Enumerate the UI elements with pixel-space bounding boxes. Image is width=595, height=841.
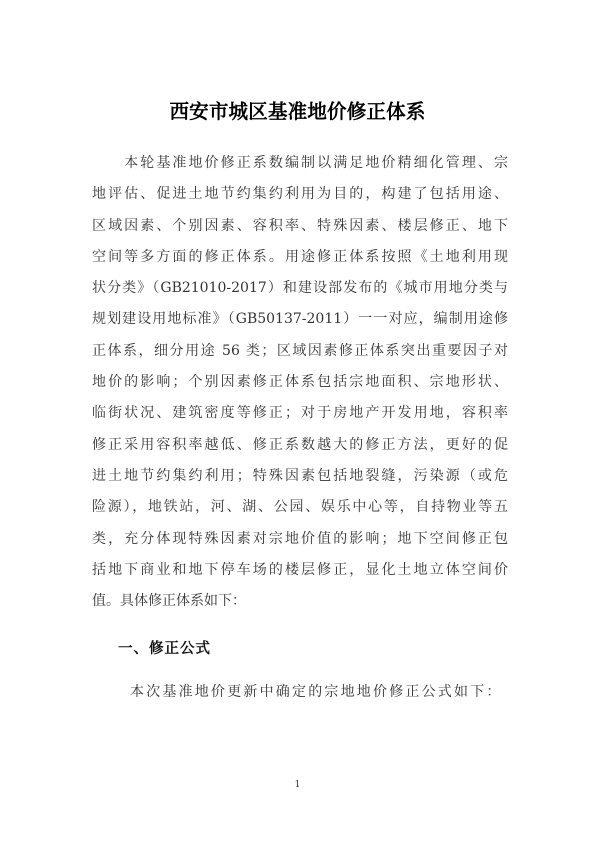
paragraph-line: 本轮基准地价修正系数编制以满足地价精细化管理、宗 <box>92 148 508 179</box>
page-number: 1 <box>0 780 595 790</box>
paragraph-line: 正体系，细分用途 56 类；区域因素修正体系突出重要因子对 <box>92 336 508 367</box>
paragraph-line: 值。具体修正体系如下： <box>92 586 508 617</box>
formula-intro-text: 本次基准地价更新中确定的宗地地价修正公式如下： <box>130 681 503 701</box>
paragraph-line: 进土地节约集约利用；特殊因素包括地裂缝，污染源（或危 <box>92 461 508 492</box>
intro-paragraph: 本轮基准地价修正系数编制以满足地价精细化管理、宗 地评估、促进土地节约集约利用为… <box>92 148 508 617</box>
document-title: 西安市城区基准地价修正体系 <box>0 96 595 124</box>
paragraph-line: 规划建设用地标准》（GB50137-2011）一一对应，编制用途修 <box>92 304 508 335</box>
paragraph-line: 修正采用容积率越低、修正系数越大的修正方法，更好的促 <box>92 430 508 461</box>
section-heading: 一、修正公式 <box>118 637 211 658</box>
paragraph-line: 空间等多方面的修正体系。用途修正体系按照《土地利用现 <box>92 242 508 273</box>
paragraph-line: 区域因素、个别因素、容积率、特殊因素、楼层修正、地下 <box>92 211 508 242</box>
paragraph-line: 地评估、促进土地节约集约利用为目的，构建了包括用途、 <box>92 179 508 210</box>
paragraph-line: 括地下商业和地下停车场的楼层修正，显化土地立体空间价 <box>92 555 508 586</box>
paragraph-line: 地价的影响；个别因素修正体系包括宗地面积、宗地形状、 <box>92 367 508 398</box>
paragraph-line: 状分类》（GB21010-2017）和建设部发布的《城市用地分类与 <box>92 273 508 304</box>
paragraph-line: 临街状况、建筑密度等修正；对于房地产开发用地，容积率 <box>92 398 508 429</box>
paragraph-line: 类，充分体现特殊因素对宗地价值的影响；地下空间修正包 <box>92 524 508 555</box>
paragraph-line: 险源），地铁站，河、湖、公园、娱乐中心等，自持物业等五 <box>92 492 508 523</box>
